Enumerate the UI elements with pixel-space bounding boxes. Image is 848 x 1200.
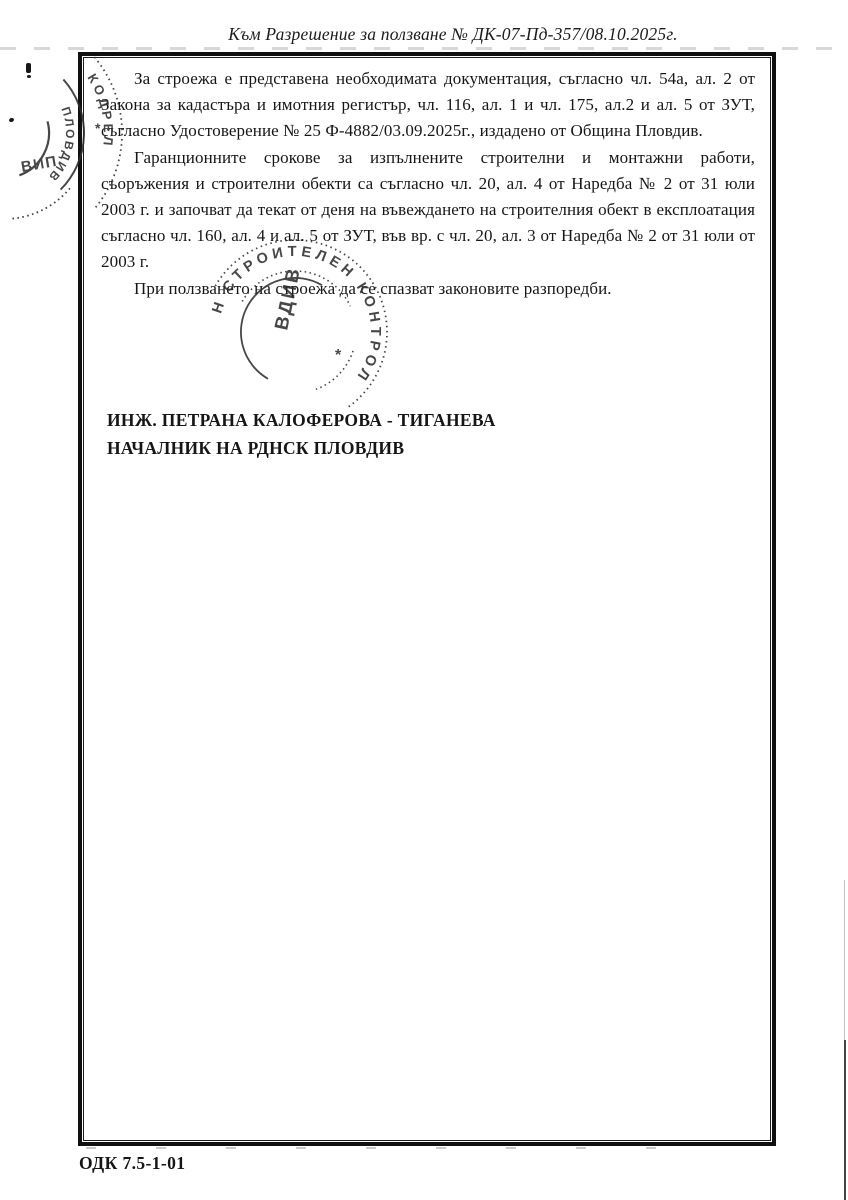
- form-code: ОДК 7.5-1-01: [79, 1153, 185, 1174]
- signature-title: НАЧАЛНИК НА РДНСК ПЛОВДИВ: [107, 434, 755, 463]
- construction-control-round-stamp-icon: Н СТРОИТЕЛЕН КОНТРОЛ * ВДИВ: [186, 232, 412, 438]
- stamp-center-text: ВДИВ: [271, 265, 305, 332]
- scan-edge-line: [844, 1040, 846, 1200]
- svg-text:ПЛОВДИВ: ПЛОВДИВ: [45, 105, 77, 185]
- document-frame: За строежа е представена необходимата до…: [78, 52, 776, 1146]
- document-body: За строежа е представена необходимата до…: [84, 58, 770, 1140]
- left-stamp-outer-arc-text: КОДРЕЛ: [85, 71, 117, 150]
- stamp-ring-text: Н СТРОИТЕЛЕН КОНТРОЛ: [209, 244, 383, 386]
- scan-smudge-top: [0, 47, 848, 50]
- stamp-separator-star: *: [335, 347, 342, 364]
- scanned-document-page: Към Разрешение за ползване № ДК-07-Пд-35…: [0, 0, 848, 1200]
- document-frame-inner-rule: За строежа е представена необходимата до…: [83, 57, 771, 1141]
- header-reference: Към Разрешение за ползване № ДК-07-Пд-35…: [0, 24, 848, 45]
- left-stamp-inner-arc-text: ПЛОВДИВ: [45, 105, 77, 185]
- left-stamp-bottom-dotted-arc: [12, 188, 70, 218]
- paragraph-documentation: За строежа е представена необходимата до…: [101, 66, 755, 145]
- left-edge-partial-stamp-icon: КОДРЕЛ ПЛОВДИВ ВИП *: [0, 55, 150, 225]
- scan-edge-line: [844, 880, 845, 1040]
- scan-smudge-bottom: [86, 1147, 706, 1149]
- left-stamp-separator-star: *: [95, 120, 101, 136]
- svg-text:Н СТРОИТЕЛЕН КОНТРОЛ: Н СТРОИТЕЛЕН КОНТРОЛ: [209, 244, 383, 386]
- svg-text:КОДРЕЛ: КОДРЕЛ: [85, 71, 117, 150]
